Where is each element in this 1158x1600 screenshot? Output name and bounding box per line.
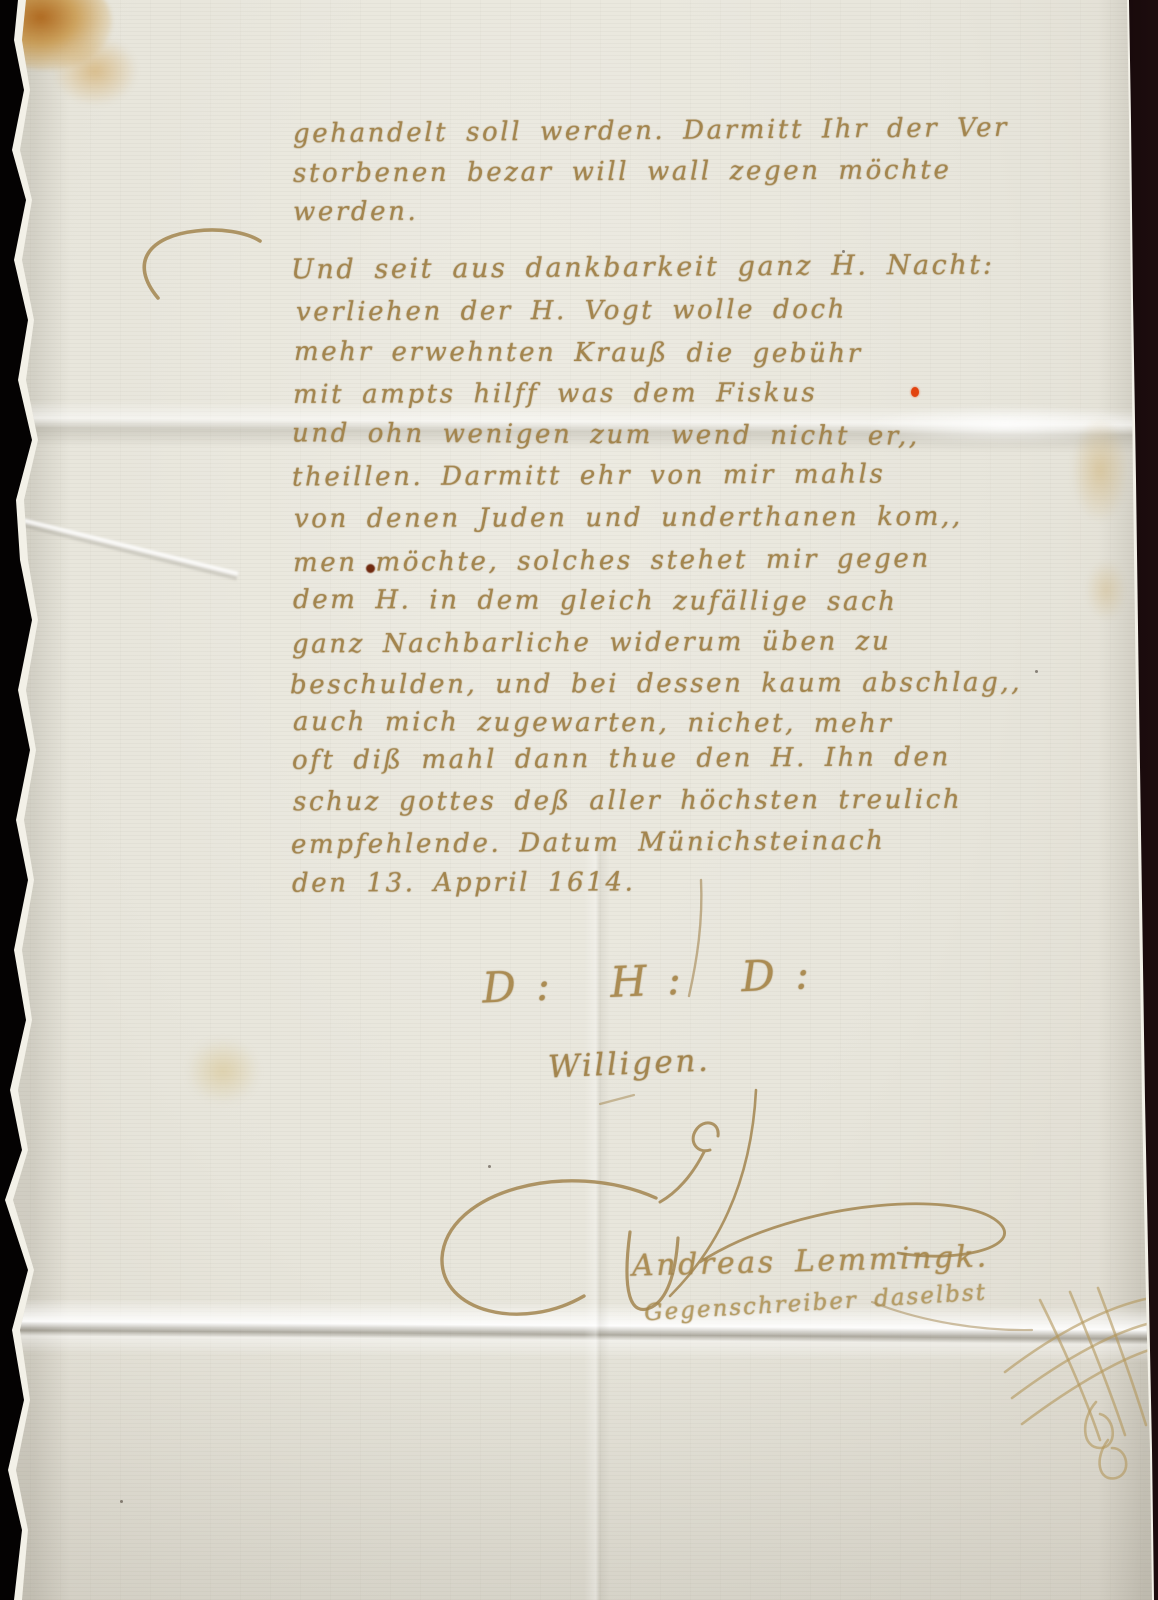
manuscript-line: verliehen der H. Vogt wolle doch	[296, 295, 847, 328]
manuscript-line: mehr erwehnten Krauß die gebühr	[294, 337, 863, 369]
fold-crease-lower	[0, 1297, 1158, 1362]
paper-speck	[488, 1165, 491, 1168]
right-edge-stain-2	[1086, 560, 1126, 620]
manuscript-line: theillen. Darmitt ehr von mir mahls	[292, 459, 886, 492]
red-ink-fleck	[911, 387, 919, 397]
manuscript-line: storbenen bezar will wall zegen möchte	[293, 155, 952, 188]
diagonal-crease	[13, 516, 239, 581]
manuscript-line: den 13. Appril 1614.	[292, 867, 636, 898]
nine-flourish	[660, 1123, 718, 1202]
manuscript-line: und ohn wenigen zum wend nicht er,,	[292, 418, 920, 451]
willigen-dash	[600, 1095, 634, 1104]
manuscript-line: ganz Nachbarliche widerum üben zu	[292, 626, 891, 659]
manuscript-line: gehandelt soll werden. Darmitt Ihr der V…	[293, 113, 1009, 149]
manuscript-line: von denen Juden und underthanen kom,,	[294, 502, 963, 534]
paper-speck	[120, 1500, 123, 1503]
manuscript-line: werden.	[293, 197, 418, 227]
manuscript-line: auch mich zugewarten, nichet, mehr	[293, 707, 894, 739]
manuscript-line: Und seit aus dankbarkeit ganz H. Nacht:	[291, 250, 995, 286]
corner-stain-halo	[52, 36, 138, 106]
pen-trials-scribble	[1005, 1288, 1156, 1478]
closing-word: Willigen.	[547, 1042, 711, 1085]
manuscript-line: mit ampts hilff was dem Fiskus	[293, 378, 817, 410]
signature-title: Gegenschreiber daselbst	[644, 1280, 988, 1327]
letter-photo: gehandelt soll werden. Darmitt Ihr der V…	[0, 0, 1158, 1600]
left-stain	[186, 1038, 260, 1104]
signature-swash	[442, 1181, 656, 1314]
paper-speck	[1035, 670, 1038, 673]
signature-name: Andreas Lemmingk.	[632, 1239, 990, 1283]
manuscript-line: oft diß mahl dann thue den H. Ihn den	[292, 742, 951, 775]
closing-initials: D: H: D:	[481, 948, 830, 1012]
vertical-crease-faint	[584, 840, 610, 1600]
paragraph-flourish	[144, 230, 260, 298]
paper-sheet: gehandelt soll werden. Darmitt Ihr der V…	[0, 0, 1158, 1600]
manuscript-line: empfehlende. Datum Münichsteinach	[291, 826, 886, 860]
right-edge-stain	[1072, 418, 1128, 522]
manuscript-line: dem H. in dem gleich zufällige sach	[293, 585, 898, 617]
manuscript-line: beschulden, und bei dessen kaum abschlag…	[290, 668, 1022, 701]
manuscript-line: men möchte, solches stehet mir gegen	[293, 544, 931, 578]
manuscript-line: schuz gottes deß aller höchsten treulich	[293, 785, 962, 817]
